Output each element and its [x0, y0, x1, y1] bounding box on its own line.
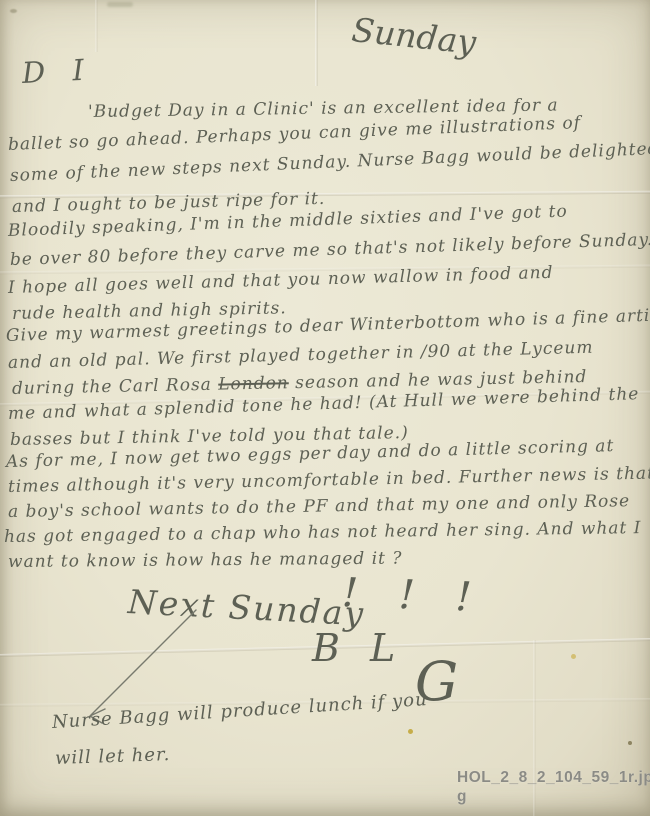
strike-pre-text: during the Carl Rosa	[12, 375, 219, 399]
filename-watermark: HOL_2_8_2_104_59_1r.jp g	[457, 768, 650, 806]
watermark-line: g	[457, 787, 650, 806]
paper-crease-vertical	[315, 0, 318, 86]
watermark-line: HOL_2_8_2_104_59_1r.jp	[457, 768, 650, 787]
postscript-line: will let her.	[55, 744, 171, 769]
signature-initials: B L	[312, 626, 404, 670]
paper-stain	[10, 9, 17, 13]
paper-crease-vertical	[95, 0, 98, 52]
letter-greeting: D I	[21, 52, 94, 90]
letter-line: I hope all goes well and that you now wa…	[8, 263, 554, 298]
letter-line: a boy's school wants to do the PF and th…	[8, 491, 630, 522]
strikethrough-word: London	[218, 373, 289, 394]
letter-dateline: Sunday	[350, 10, 478, 62]
letter-page: Sunday D I 'Budget Day in a Clinic' is a…	[0, 0, 650, 816]
letter-closing-exclamation: ! ! !	[341, 570, 486, 621]
letter-line: want to know is how has he managed it ?	[8, 549, 403, 572]
paper-stain	[628, 741, 632, 745]
paper-stain	[408, 729, 413, 734]
postscript-line: Nurse Bagg will produce lunch if you	[51, 689, 428, 733]
letter-line: has got engaged to a chap who has not he…	[4, 518, 642, 547]
paper-stain	[107, 2, 133, 7]
paper-stain	[571, 654, 576, 659]
